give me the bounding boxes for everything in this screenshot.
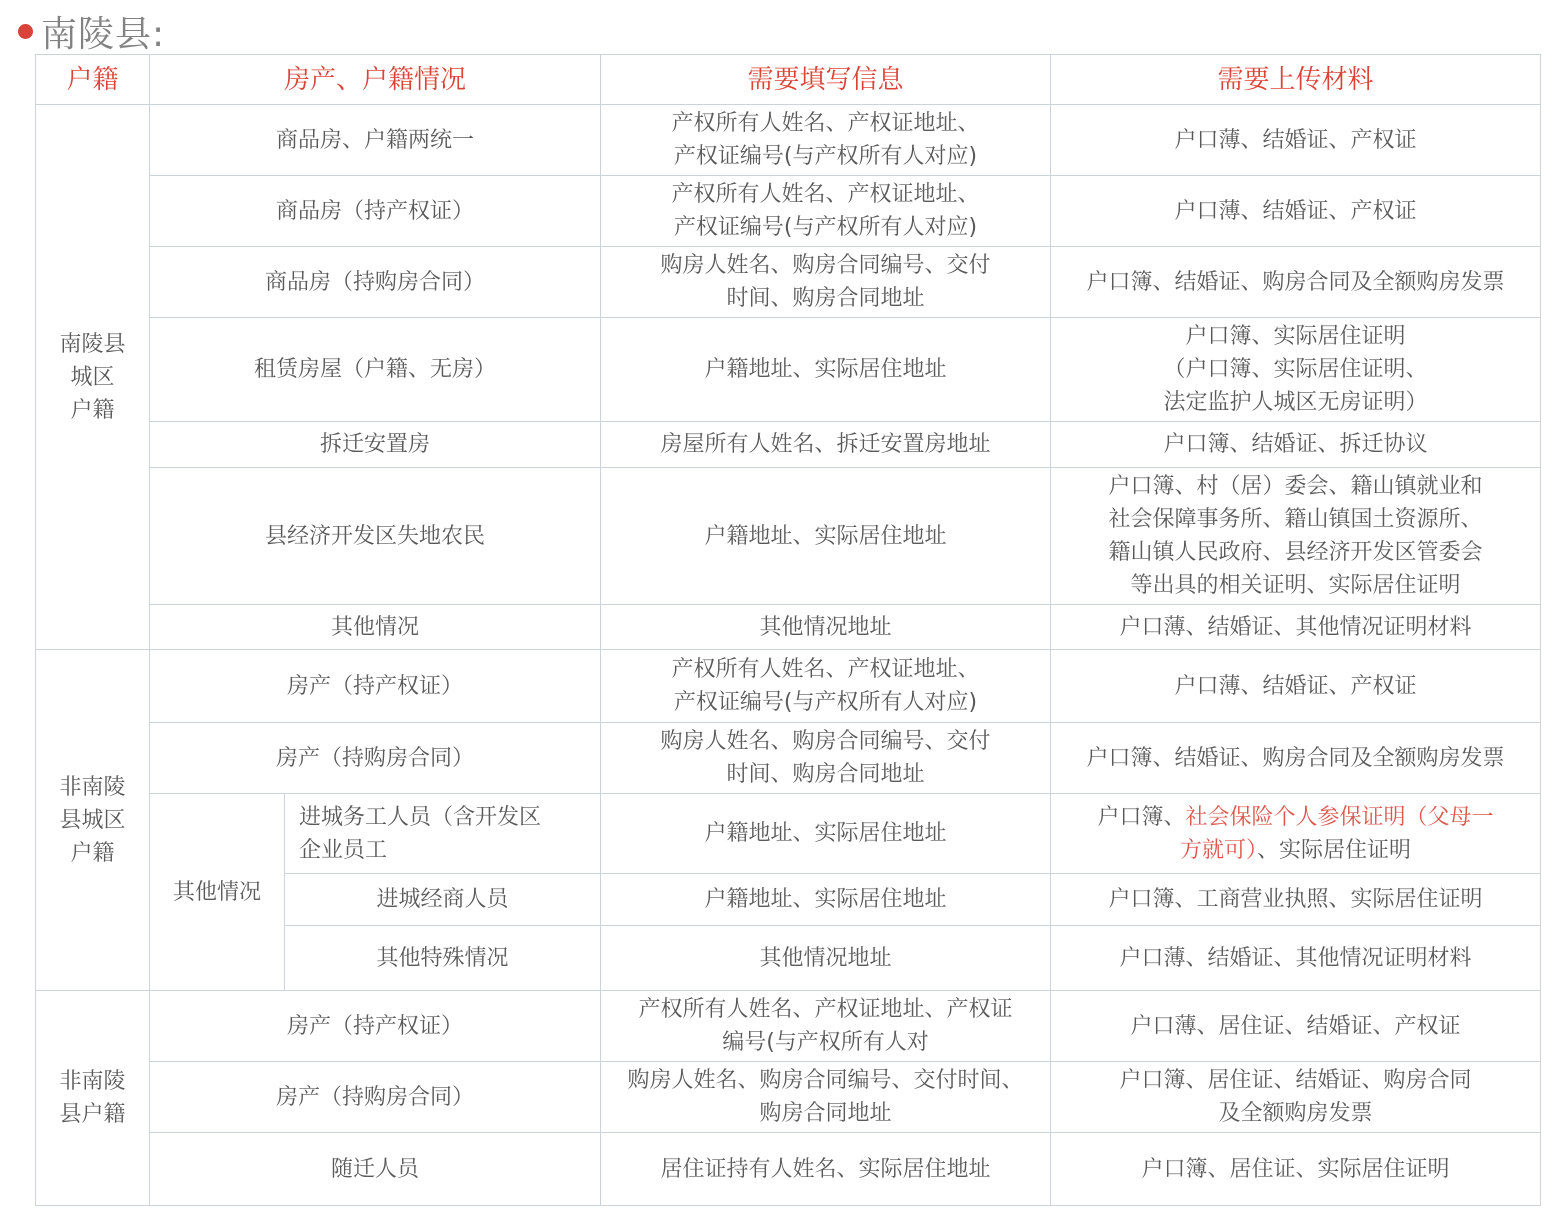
cell-info: 户籍地址、实际居住地址 bbox=[601, 468, 1051, 605]
cell-materials: 户口薄、结婚证、其他情况证明材料 bbox=[1051, 926, 1541, 991]
table-row: 房产（持购房合同） 购房人姓名、购房合同编号、交付 时间、购房合同地址 户口簿、… bbox=[36, 723, 1541, 794]
cell-materials: 户口簿、工商营业执照、实际居住证明 bbox=[1051, 874, 1541, 926]
cell-info: 居住证持有人姓名、实际居住地址 bbox=[601, 1133, 1051, 1206]
cell-registration-group3: 非南陵 县户籍 bbox=[36, 991, 150, 1206]
cell-info: 其他情况地址 bbox=[601, 605, 1051, 650]
cell-situation: 房产（持购房合同） bbox=[150, 1062, 601, 1133]
col-header-situation: 房产、户籍情况 bbox=[150, 55, 601, 105]
cell-info: 产权所有人姓名、产权证地址、 产权证编号(与产权所有人对应) bbox=[601, 176, 1051, 247]
cell-situation: 房产（持购房合同） bbox=[150, 723, 601, 794]
cell-situation-sub: 其他特殊情况 bbox=[285, 926, 601, 991]
cell-info: 产权所有人姓名、产权证地址、产权证 编号(与产权所有人对 bbox=[601, 991, 1051, 1062]
cell-info: 产权所有人姓名、产权证地址、 产权证编号(与产权所有人对应) bbox=[601, 105, 1051, 176]
table-row: 房产（持购房合同） 购房人姓名、购房合同编号、交付时间、 购房合同地址 户口簿、… bbox=[36, 1062, 1541, 1133]
section-title-row: 南陵县: bbox=[0, 0, 1566, 54]
cell-materials: 户口薄、结婚证、产权证 bbox=[1051, 176, 1541, 247]
cell-registration-group1: 南陵县 城区 户籍 bbox=[36, 105, 150, 650]
cell-situation-sub: 进城务工人员（含开发区 企业员工 bbox=[285, 794, 601, 874]
page-title: 南陵县: bbox=[41, 6, 165, 57]
cell-materials: 户口簿、社会保险个人参保证明（父母一 方就可）、实际居住证明 bbox=[1051, 794, 1541, 874]
cell-info: 户籍地址、实际居住地址 bbox=[601, 794, 1051, 874]
cell-materials: 户口薄、结婚证、产权证 bbox=[1051, 650, 1541, 723]
table-row: 其他情况 进城务工人员（含开发区 企业员工 户籍地址、实际居住地址 户口簿、社会… bbox=[36, 794, 1541, 874]
table-row: 商品房（持购房合同） 购房人姓名、购房合同编号、交付 时间、购房合同地址 户口簿… bbox=[36, 247, 1541, 318]
cell-info: 购房人姓名、购房合同编号、交付时间、 购房合同地址 bbox=[601, 1062, 1051, 1133]
cell-materials: 户口簿、结婚证、购房合同及全额购房发票 bbox=[1051, 723, 1541, 794]
cell-situation: 县经济开发区失地农民 bbox=[150, 468, 601, 605]
cell-info: 产权所有人姓名、产权证地址、 产权证编号(与产权所有人对应) bbox=[601, 650, 1051, 723]
cell-materials: 户口簿、居住证、结婚证、购房合同 及全额购房发票 bbox=[1051, 1062, 1541, 1133]
table-row: 非南陵 县户籍 房产（持产权证） 产权所有人姓名、产权证地址、产权证 编号(与产… bbox=[36, 991, 1541, 1062]
cell-info: 房屋所有人姓名、拆迁安置房地址 bbox=[601, 422, 1051, 468]
cell-situation: 房产（持产权证） bbox=[150, 991, 601, 1062]
cell-materials: 户口簿、居住证、实际居住证明 bbox=[1051, 1133, 1541, 1206]
cell-materials: 户口簿、村（居）委会、籍山镇就业和 社会保障事务所、籍山镇国土资源所、 籍山镇人… bbox=[1051, 468, 1541, 605]
cell-situation: 其他情况 bbox=[150, 605, 601, 650]
cell-situation-sub: 进城经商人员 bbox=[285, 874, 601, 926]
page: 南陵县: 户籍 房产、户籍情况 需要填写信息 需要上传材料 南陵县 城区 户籍 … bbox=[0, 0, 1566, 1210]
cell-situation: 拆迁安置房 bbox=[150, 422, 601, 468]
cell-situation: 房产（持产权证） bbox=[150, 650, 601, 723]
table-row: 随迁人员 居住证持有人姓名、实际居住地址 户口簿、居住证、实际居住证明 bbox=[36, 1133, 1541, 1206]
cell-materials: 户口薄、结婚证、其他情况证明材料 bbox=[1051, 605, 1541, 650]
cell-situation: 商品房（持购房合同） bbox=[150, 247, 601, 318]
materials-text: 、实际居住证明 bbox=[1257, 838, 1411, 863]
red-bullet-icon bbox=[18, 24, 33, 39]
table-row: 拆迁安置房 房屋所有人姓名、拆迁安置房地址 户口簿、结婚证、拆迁协议 bbox=[36, 422, 1541, 468]
cell-info: 户籍地址、实际居住地址 bbox=[601, 874, 1051, 926]
materials-text: 户口簿、 bbox=[1098, 805, 1186, 830]
table-row: 其他情况 其他情况地址 户口薄、结婚证、其他情况证明材料 bbox=[36, 605, 1541, 650]
cell-materials: 户口簿、结婚证、购房合同及全额购房发票 bbox=[1051, 247, 1541, 318]
col-header-registration: 户籍 bbox=[36, 55, 150, 105]
table-row: 租赁房屋（户籍、无房） 户籍地址、实际居住地址 户口簿、实际居住证明 （户口簿、… bbox=[36, 318, 1541, 422]
cell-materials: 户口薄、居住证、结婚证、产权证 bbox=[1051, 991, 1541, 1062]
cell-situation: 商品房（持产权证） bbox=[150, 176, 601, 247]
cell-info: 购房人姓名、购房合同编号、交付 时间、购房合同地址 bbox=[601, 247, 1051, 318]
cell-situation-parent: 其他情况 bbox=[150, 794, 285, 991]
cell-info: 其他情况地址 bbox=[601, 926, 1051, 991]
cell-situation: 租赁房屋（户籍、无房） bbox=[150, 318, 601, 422]
cell-registration-group2: 非南陵 县城区 户籍 bbox=[36, 650, 150, 991]
col-header-materials: 需要上传材料 bbox=[1051, 55, 1541, 105]
cell-situation: 随迁人员 bbox=[150, 1133, 601, 1206]
cell-materials: 户口薄、结婚证、产权证 bbox=[1051, 105, 1541, 176]
table-row: 南陵县 城区 户籍 商品房、户籍两统一 产权所有人姓名、产权证地址、 产权证编号… bbox=[36, 105, 1541, 176]
table-row: 县经济开发区失地农民 户籍地址、实际居住地址 户口簿、村（居）委会、籍山镇就业和… bbox=[36, 468, 1541, 605]
cell-info: 购房人姓名、购房合同编号、交付 时间、购房合同地址 bbox=[601, 723, 1051, 794]
table-row: 商品房（持产权证） 产权所有人姓名、产权证地址、 产权证编号(与产权所有人对应)… bbox=[36, 176, 1541, 247]
cell-materials: 户口簿、结婚证、拆迁协议 bbox=[1051, 422, 1541, 468]
col-header-info: 需要填写信息 bbox=[601, 55, 1051, 105]
requirements-table: 户籍 房产、户籍情况 需要填写信息 需要上传材料 南陵县 城区 户籍 商品房、户… bbox=[35, 54, 1541, 1206]
table-row: 非南陵 县城区 户籍 房产（持产权证） 产权所有人姓名、产权证地址、 产权证编号… bbox=[36, 650, 1541, 723]
cell-materials: 户口簿、实际居住证明 （户口簿、实际居住证明、 法定监护人城区无房证明） bbox=[1051, 318, 1541, 422]
cell-info: 户籍地址、实际居住地址 bbox=[601, 318, 1051, 422]
cell-situation: 商品房、户籍两统一 bbox=[150, 105, 601, 176]
table-header-row: 户籍 房产、户籍情况 需要填写信息 需要上传材料 bbox=[36, 55, 1541, 105]
